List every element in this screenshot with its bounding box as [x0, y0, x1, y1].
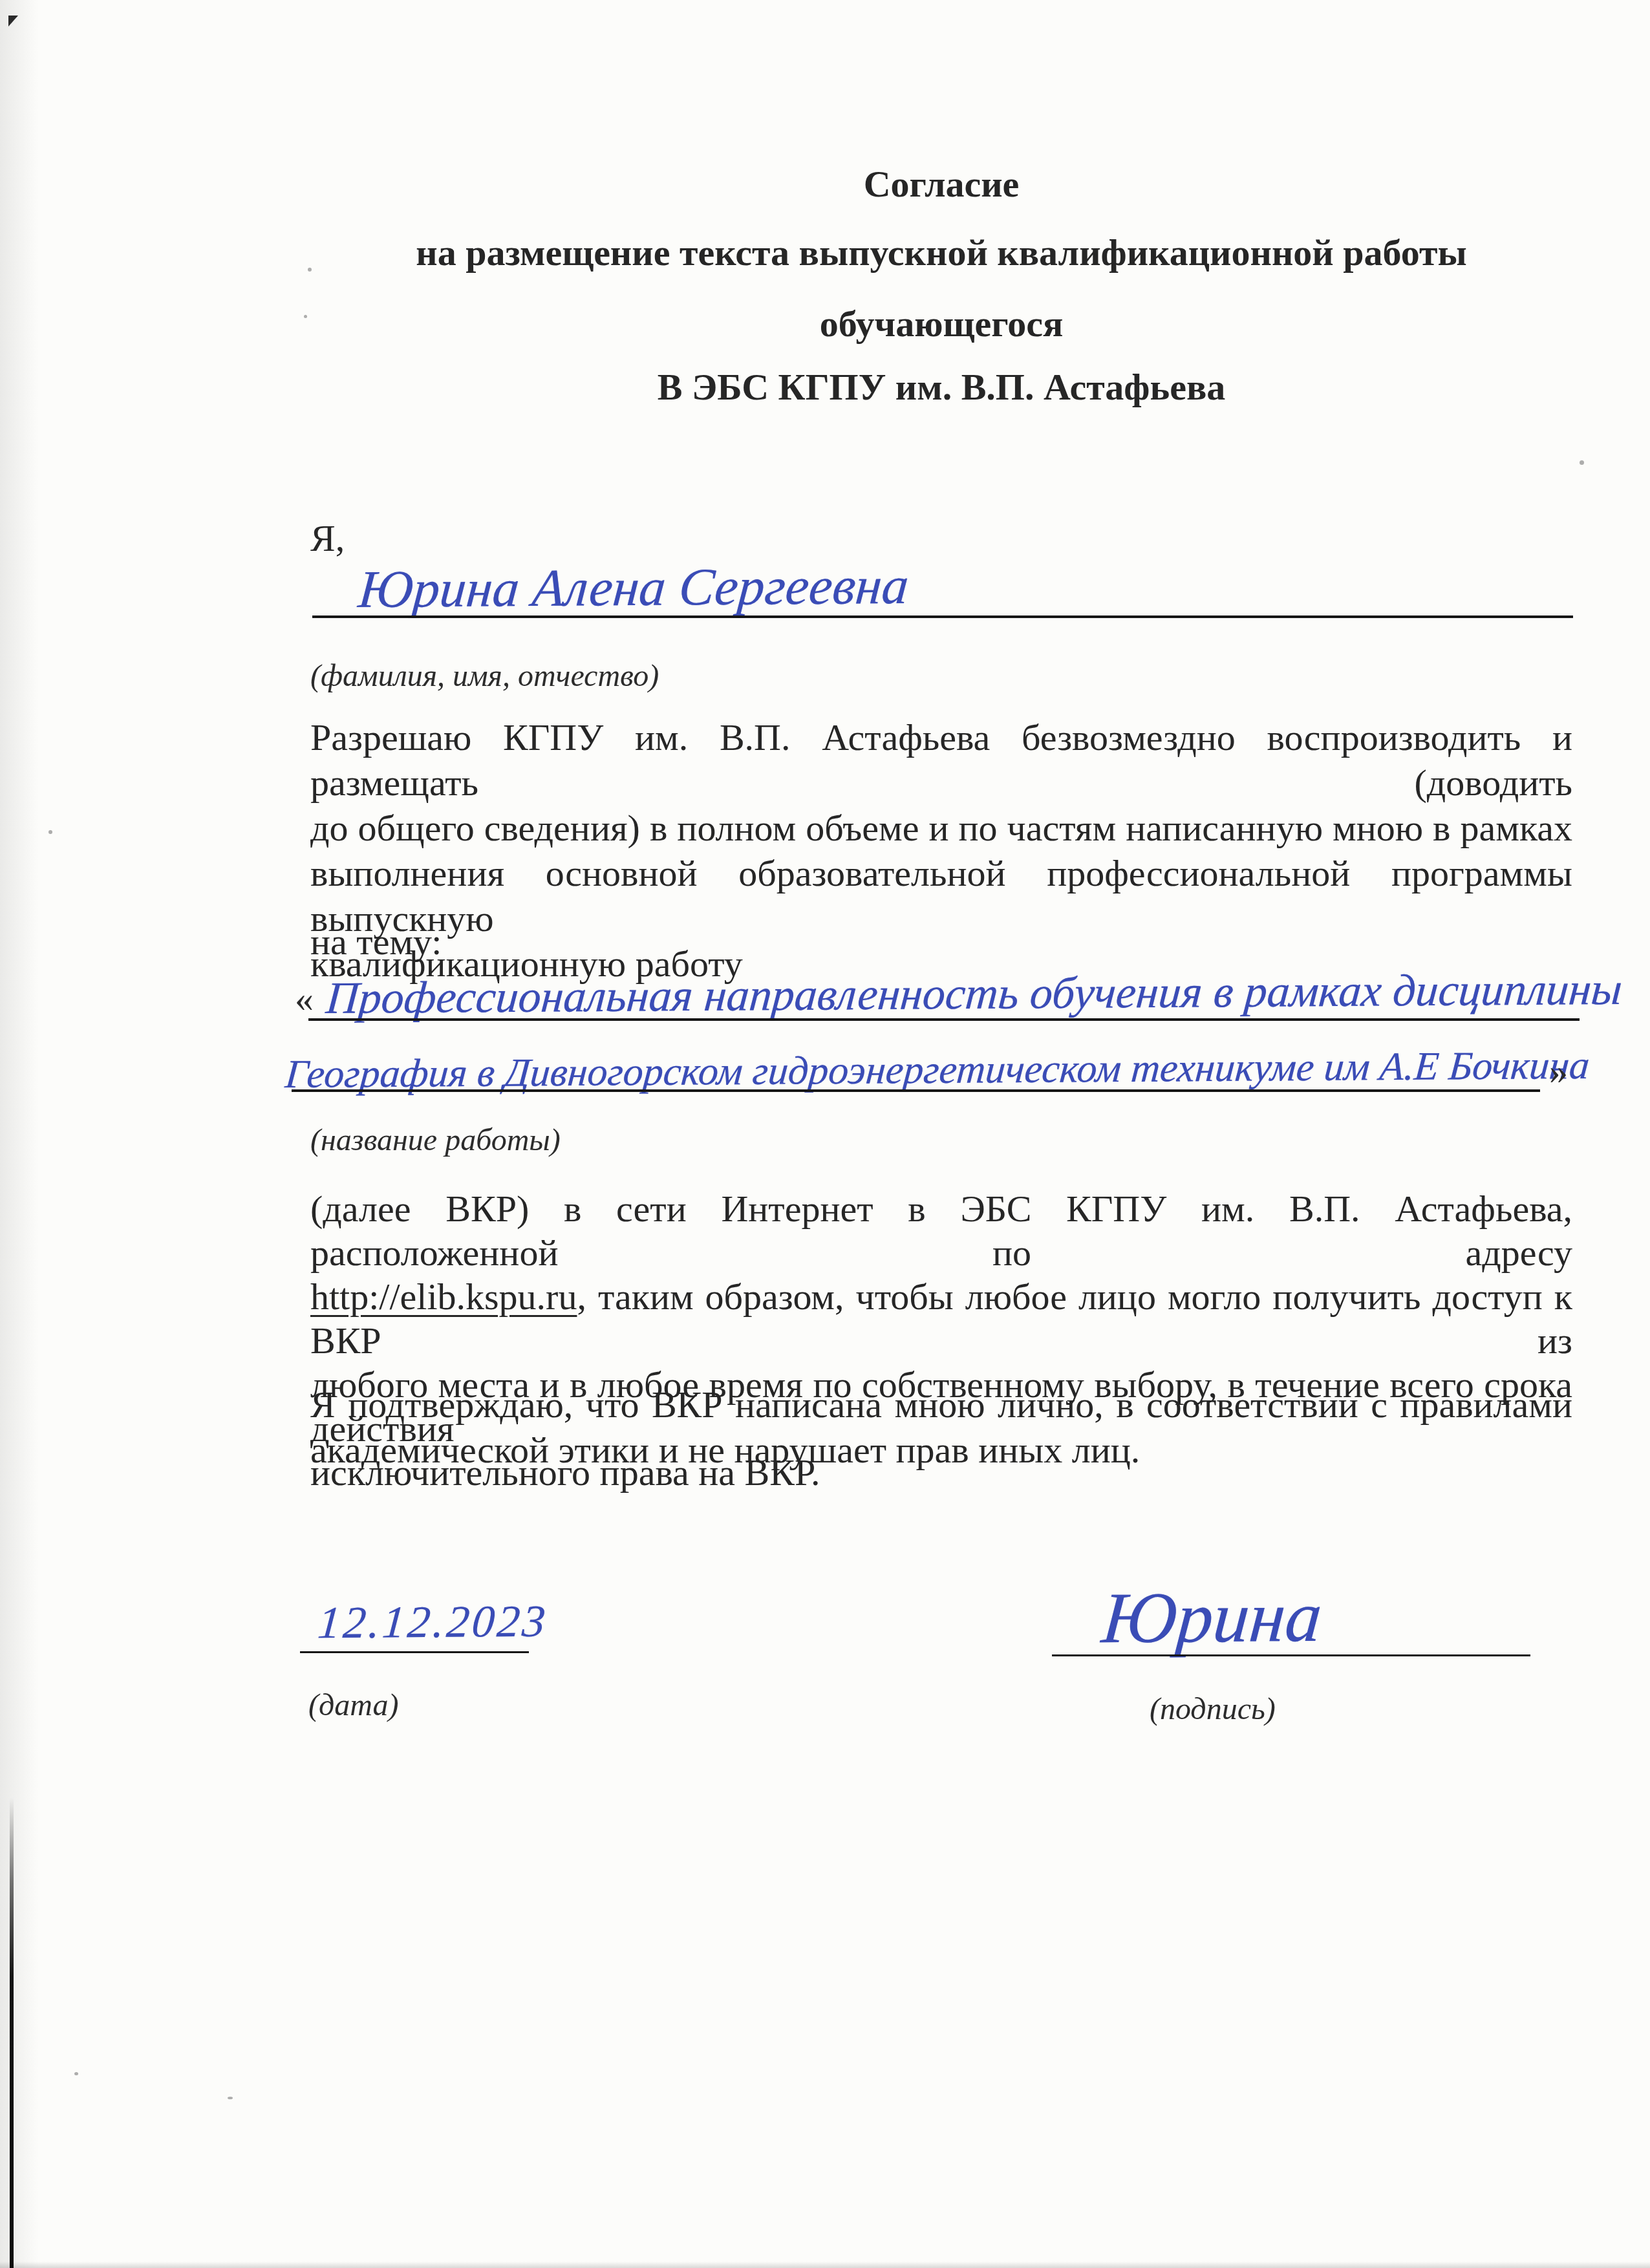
scan-edge-line: [10, 1797, 14, 2268]
date-rule-line: [300, 1651, 529, 1653]
topic-label: на тему:: [310, 921, 442, 963]
intro-ya-label: Я,: [310, 517, 345, 560]
scan-speck: [228, 2097, 233, 2099]
confirmation-line: Я подтверждаю, что ВКР написана мною лич…: [310, 1382, 1572, 1428]
vkr-line: http://elib.kspu.ru, таким образом, чтоб…: [310, 1275, 1572, 1363]
handwritten-fullname: Юрина Алена Сергеевна: [356, 555, 911, 620]
confirmation-paragraph: Я подтверждаю, что ВКР написана мною лич…: [310, 1382, 1572, 1473]
topic-rule-line-2: [292, 1089, 1540, 1092]
scan-corner-mark: [8, 16, 18, 27]
title-line-soglasie: Согласие: [310, 163, 1572, 206]
topic-rule-line-1: [308, 1018, 1580, 1021]
fullname-rule-line: [312, 615, 1573, 618]
permission-line: выполнения основной образовательной проф…: [310, 851, 1572, 941]
scan-speck: [1580, 460, 1584, 465]
permission-paragraph: Разрешаю КГПУ им. В.П. Астафьева безвозм…: [310, 715, 1572, 987]
topic-close-quote: »: [1549, 1053, 1568, 1090]
title-line-ebs-kgpu: В ЭБС КГПУ им. В.П. Астафьева: [310, 366, 1572, 409]
permission-line: до общего сведения) в полном объеме и по…: [310, 806, 1572, 851]
fullname-caption: (фамилия, имя, отчество): [310, 658, 659, 694]
scan-speck: [48, 830, 52, 834]
elib-url: http://elib.kspu.ru: [310, 1276, 577, 1318]
signature-rule-line: [1052, 1654, 1530, 1656]
handwritten-topic-line-1: Профессиональная направленность обучения…: [324, 964, 1624, 1025]
scan-speck: [304, 315, 307, 318]
date-caption: (дата): [308, 1687, 399, 1724]
handwritten-date: 12.12.2023: [316, 1596, 550, 1649]
confirmation-line: академической этики и не нарушает прав и…: [310, 1428, 1572, 1473]
topic-caption: (название работы): [310, 1122, 561, 1159]
scanned-consent-document: Согласие на размещение текста выпускной …: [0, 0, 1650, 2268]
title-line-obuchayushegosya: обучающегося: [310, 303, 1572, 345]
scan-left-shade: [0, 0, 45, 2268]
topic-open-quote: «: [295, 980, 314, 1018]
handwritten-signature: Юрина: [1099, 1576, 1325, 1660]
permission-line: Разрешаю КГПУ им. В.П. Астафьева безвозм…: [310, 715, 1572, 806]
vkr-line: (далее ВКР) в сети Интернет в ЭБС КГПУ и…: [310, 1187, 1572, 1275]
scan-bottom-shade: [0, 2262, 1650, 2268]
signature-caption: (подпись): [1150, 1691, 1276, 1728]
title-line-razmeshenie: на размещение текста выпускной квалифика…: [310, 231, 1572, 274]
scan-speck: [74, 2072, 78, 2075]
